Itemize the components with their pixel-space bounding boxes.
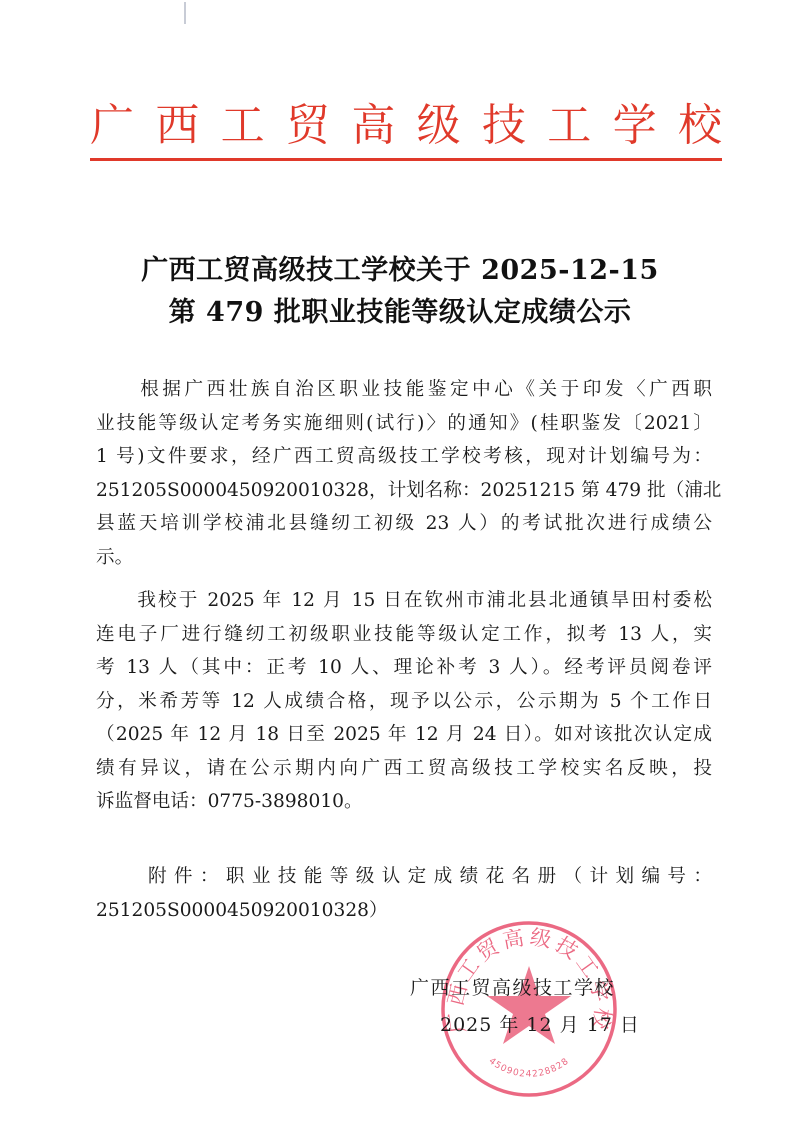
letterhead-char: 高 xyxy=(351,104,395,148)
text-line: 附件：职业技能等级认定成绩花名册（计划编号： xyxy=(96,860,712,894)
paragraph-results: 我校于 2025 年 12 月 15 日在钦州市浦北县北通镇旱田村委松 连电子厂… xyxy=(96,584,712,819)
letterhead-char: 技 xyxy=(482,104,526,148)
binding-mark xyxy=(184,2,186,24)
letterhead: 广 西 工 贸 高 级 技 工 学 校 xyxy=(90,98,722,154)
text-line: 1 号)文件要求，经广西工贸高级技工学校考核，现对计划编号为： xyxy=(96,440,712,474)
text-line: 251205S0000450920010328，计划名称：20251215 第 … xyxy=(96,474,712,508)
letterhead-char: 工 xyxy=(221,104,265,148)
letterhead-char: 学 xyxy=(613,104,657,148)
text-line: 示。 xyxy=(96,541,712,575)
document-title-line-2: 第 479 批职业技能等级认定成绩公示 xyxy=(0,290,800,329)
text-line: 根据广西壮族自治区职业技能鉴定中心《关于印发〈广西职 xyxy=(96,373,712,407)
letterhead-char: 级 xyxy=(417,104,461,148)
text-line: 251205S0000450920010328） xyxy=(96,894,712,928)
text-line: 我校于 2025 年 12 月 15 日在钦州市浦北县北通镇旱田村委松 xyxy=(96,584,712,618)
official-seal-icon: 广西工贸高级技工学校 4509024228828 xyxy=(438,918,620,1100)
letterhead-char: 西 xyxy=(155,104,199,148)
signing-date: 2025 年 12 月 17 日 xyxy=(440,1010,640,1037)
text-line: （2025 年 12 月 18 日至 2025 年 12 月 24 日）。如对该… xyxy=(96,718,712,752)
text-line: 绩有异议，请在公示期内向广西工贸高级技工学校实名反映，投 xyxy=(96,752,712,786)
paragraph-attachment: 附件：职业技能等级认定成绩花名册（计划编号： 251205S0000450920… xyxy=(96,860,712,927)
letterhead-char: 贸 xyxy=(286,104,330,148)
text-line: 分，米希芳等 12 人成绩合格，现予以公示，公示期为 5 个工作日 xyxy=(96,685,712,719)
text-line: 连电子厂进行缝纫工初级职业技能等级认定工作，拟考 13 人，实 xyxy=(96,618,712,652)
svg-text:4509024228828: 4509024228828 xyxy=(487,1056,572,1079)
letterhead-char: 校 xyxy=(678,104,722,148)
text-line: 诉监督电话：0775-3898010。 xyxy=(96,785,712,819)
letterhead-red-rule xyxy=(90,158,722,161)
letterhead-char: 广 xyxy=(90,104,134,148)
paragraph-basis: 根据广西壮族自治区职业技能鉴定中心《关于印发〈广西职 业技能等级认定考务实施细则… xyxy=(96,373,712,574)
text-line: 县蓝天培训学校浦北县缝纫工初级 23 人）的考试批次进行成绩公 xyxy=(96,507,712,541)
text-line: 考 13 人（其中：正考 10 人、理论补考 3 人）。经考评员阅卷评 xyxy=(96,651,712,685)
document-title-line-1: 广西工贸高级技工学校关于 2025-12-15 xyxy=(0,248,800,287)
signing-organization: 广西工贸高级技工学校 xyxy=(410,973,615,1000)
text-line: 业技能等级认定考务实施细则(试行)〉的通知》(桂职鉴发〔2021〕 xyxy=(96,407,712,441)
letterhead-char: 工 xyxy=(547,104,591,148)
